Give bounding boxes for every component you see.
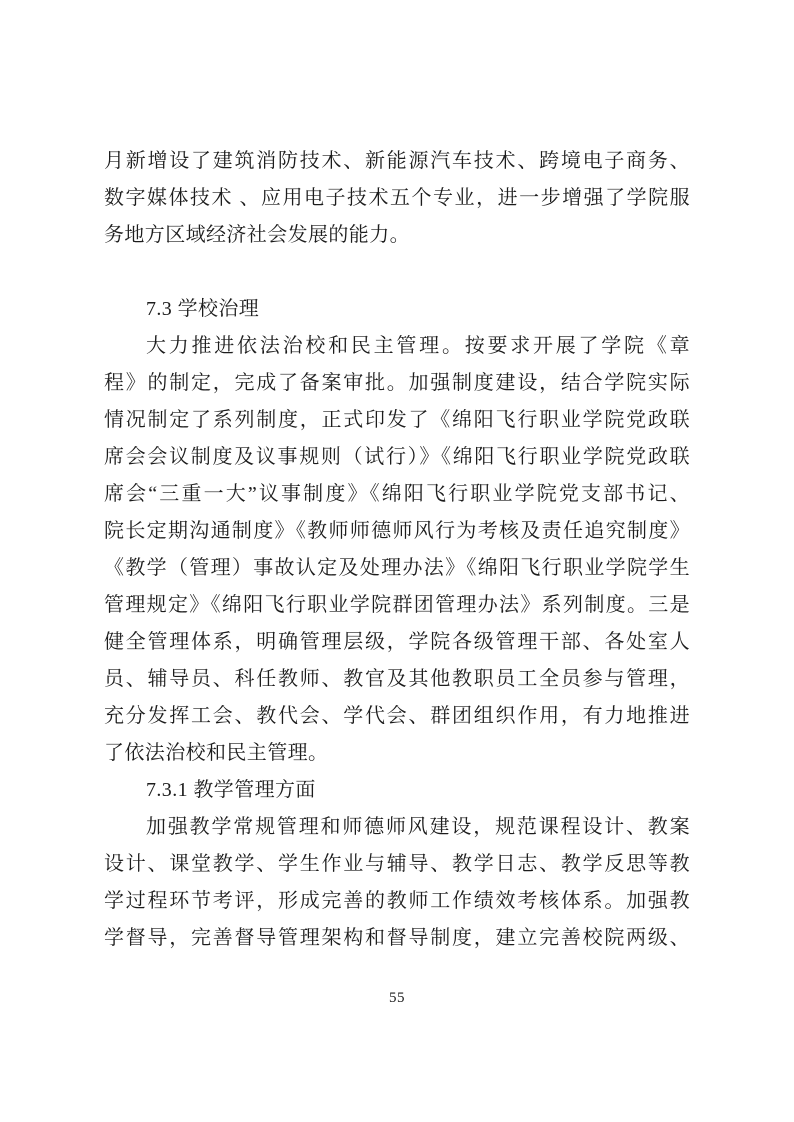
page-number: 55 (0, 990, 794, 1007)
text-line: 加强教学常规管理和师德师风建设，规范课程设计、教案 (104, 809, 690, 846)
text-line: 学过程环节考评，形成完善的教师工作绩效考核体系。加强教 (104, 883, 690, 920)
text-line: 数字媒体技术 、应用电子技术五个专业，进一步增强了学院服 (104, 180, 690, 217)
text-line: 大力推进依法治校和民主管理。按要求开展了学院《章 (104, 328, 690, 365)
text-line: 充分发挥工会、教代会、学代会、群团组织作用，有力地推进 (104, 698, 690, 735)
text-line: 情况制定了系列制度，正式印发了《绵阳飞行职业学院党政联 (104, 402, 690, 439)
text-line: 管理规定》《绵阳飞行职业学院群团管理办法》系列制度。三是 (104, 587, 690, 624)
text-line: 设计、课堂教学、学生作业与辅导、教学日志、教学反思等教 (104, 846, 690, 883)
text-line: 月新增设了建筑消防技术、新能源汽车技术、跨境电子商务、 (104, 143, 690, 180)
text-line: 健全管理体系，明确管理层级，学院各级管理干部、各处室人 (104, 624, 690, 661)
section-heading-7-3-1: 7.3.1 教学管理方面 (104, 772, 690, 809)
text-line: 了依法治校和民主管理。 (104, 735, 690, 772)
text-line: 程》的制定，完成了备案审批。加强制度建设，结合学院实际 (104, 365, 690, 402)
text-line: 院长定期沟通制度》《教师师德师风行为考核及责任追究制度》 (104, 513, 690, 550)
section-heading-7-3: 7.3 学校治理 (104, 291, 690, 328)
text-line: 席会“三重一大”议事制度》《绵阳飞行职业学院党支部书记、 (104, 476, 690, 513)
text-line: 员、辅导员、科任教师、教官及其他教职员工全员参与管理， (104, 661, 690, 698)
page-body: 月新增设了建筑消防技术、新能源汽车技术、跨境电子商务、 数字媒体技术 、应用电子… (104, 143, 690, 957)
text-line: 席会会议制度及议事规则（试行）》《绵阳飞行职业学院党政联 (104, 439, 690, 476)
text-line: 《教学（管理）事故认定及处理办法》《绵阳飞行职业学院学生 (104, 550, 690, 587)
blank-line (104, 254, 690, 291)
document-page: 月新增设了建筑消防技术、新能源汽车技术、跨境电子商务、 数字媒体技术 、应用电子… (0, 0, 794, 1122)
text-line: 务地方区域经济社会发展的能力。 (104, 217, 690, 254)
text-line: 学督导，完善督导管理架构和督导制度，建立完善校院两级、 (104, 920, 690, 957)
